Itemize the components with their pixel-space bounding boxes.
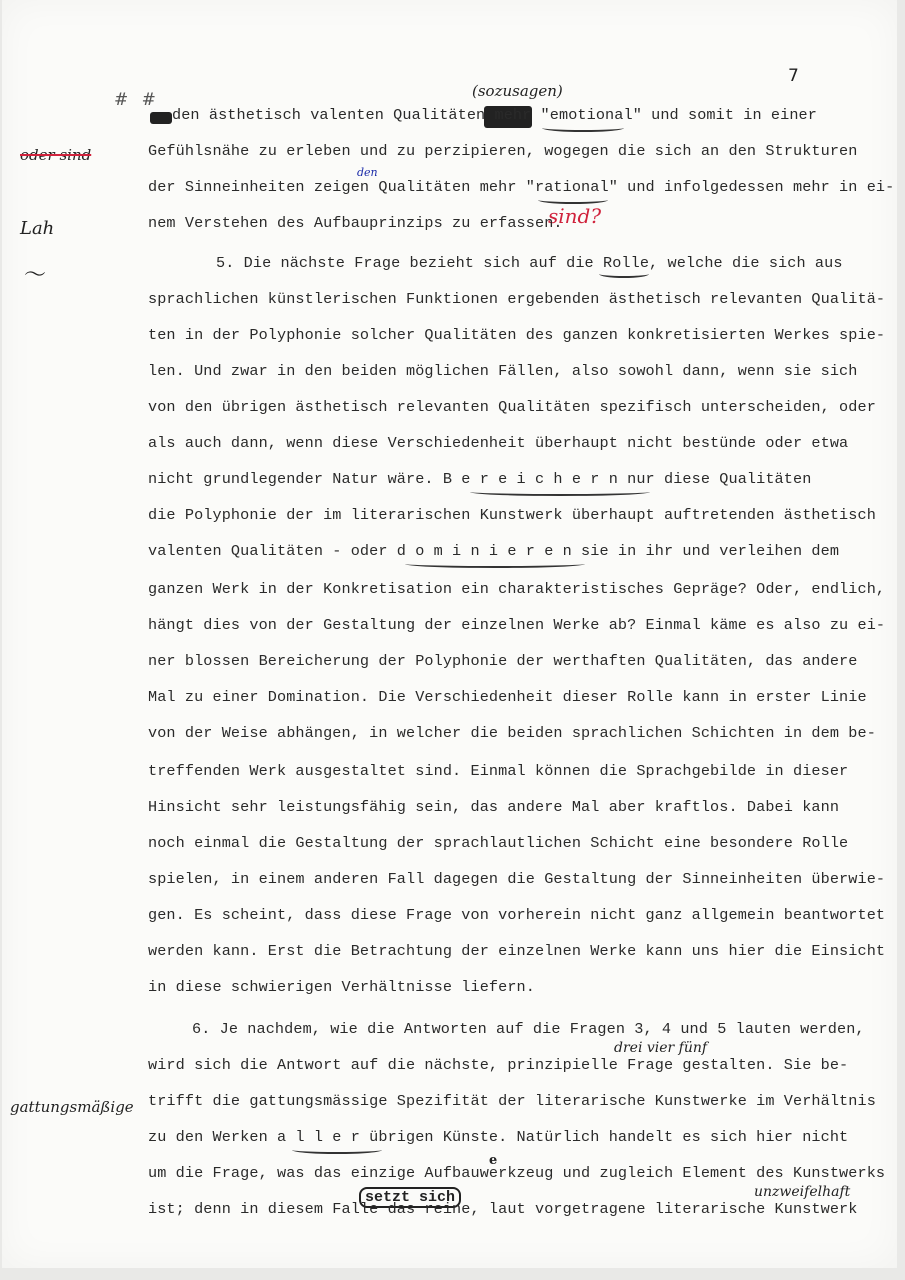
margin-gattungsmaessige: gattungsmäßige [10, 1098, 134, 1116]
text-line: um die Frage, was das einzige Aufbauwerk… [148, 1164, 885, 1182]
text-line: trifft die gattungsmässige Spezifität de… [148, 1092, 876, 1110]
text-line: als auch dann, wenn diese Verschiedenhei… [148, 434, 848, 452]
annotation-unzweifelhaft: unzweifelhaft [754, 1184, 850, 1200]
page-number: 7 [788, 66, 799, 86]
scribbled-out-prefix [150, 112, 172, 124]
text-line: ner blossen Bereicherung der Polyphonie … [148, 652, 857, 670]
text-line: Mal zu einer Domination. Die Verschieden… [148, 688, 867, 706]
text-line: werden kann. Erst die Betrachtung der ei… [148, 942, 885, 960]
text-line: nicht grundlegender Natur wäre. B e r e … [148, 470, 811, 488]
text-line: den ästhetisch valenten Qualitäten mehr … [172, 106, 817, 124]
text-line: noch einmal die Gestaltung der sprachlau… [148, 834, 848, 852]
text-line: von den übrigen ästhetisch relevanten Qu… [148, 398, 876, 416]
text-line: der Sinneinheiten zeigen Qualitäten mehr… [148, 178, 894, 196]
underline-aller [292, 1146, 382, 1154]
text-line: die Polyphonie der im literarischen Kuns… [148, 506, 876, 524]
underline-rational [538, 196, 608, 204]
text-line: in diese schwierigen Verhältnisse liefer… [148, 978, 535, 996]
text-line: valenten Qualitäten - oder d o m i n i e… [148, 542, 839, 560]
text-line: len. Und zwar in den beiden möglichen Fä… [148, 362, 857, 380]
text-line: Hinsicht sehr leistungsfähig sein, das a… [148, 798, 839, 816]
text-line: ist; denn in diesem Falle das reine, lau… [148, 1200, 857, 1218]
margin-hash-marks: # # [114, 90, 160, 110]
text-line: 5. Die nächste Frage bezieht sich auf di… [216, 254, 843, 272]
text-line: sprachlichen künstlerischen Funktionen e… [148, 290, 885, 308]
annotation-sozusagen: (sozusagen) [472, 82, 563, 100]
underline-rolle [599, 270, 649, 278]
text-line: Gefühlsnähe zu erleben und zu perzipiere… [148, 142, 857, 160]
text-line: ten in der Polyphonie solcher Qualitäten… [148, 326, 885, 344]
text-line: ganzen Werk in der Konkretisation ein ch… [148, 580, 885, 598]
text-line: wird sich die Antwort auf die nächste, p… [148, 1056, 848, 1074]
document-page: 7 # # oder sind Lah 〜 gattungsmäßige (so… [2, 0, 897, 1268]
underline-dominieren [405, 560, 585, 568]
text-line: von der Weise abhängen, in welcher die b… [148, 724, 876, 742]
margin-lah: Lah [20, 218, 54, 239]
text-line: spielen, in einem anderen Fall dagegen d… [148, 870, 885, 888]
margin-wavy-mark: 〜 [24, 258, 46, 289]
underline-bereichern [470, 488, 650, 496]
text-line: treffenden Werk ausgestaltet sind. Einma… [148, 762, 848, 780]
text-line: gen. Es scheint, dass diese Frage von vo… [148, 906, 885, 924]
underline-emotional [542, 124, 624, 132]
text-line: 6. Je nachdem, wie die Antworten auf die… [192, 1020, 865, 1038]
annotation-drei-vier-fuenf: drei vier fünf [614, 1040, 707, 1056]
text-line: zu den Werken a l l e r übrigen Künste. … [148, 1128, 848, 1146]
text-line: nem Verstehen des Aufbauprinzips zu erfa… [148, 214, 563, 232]
margin-oder-sind: oder sind [20, 146, 91, 164]
text-line: hängt dies von der Gestaltung der einzel… [148, 616, 885, 634]
